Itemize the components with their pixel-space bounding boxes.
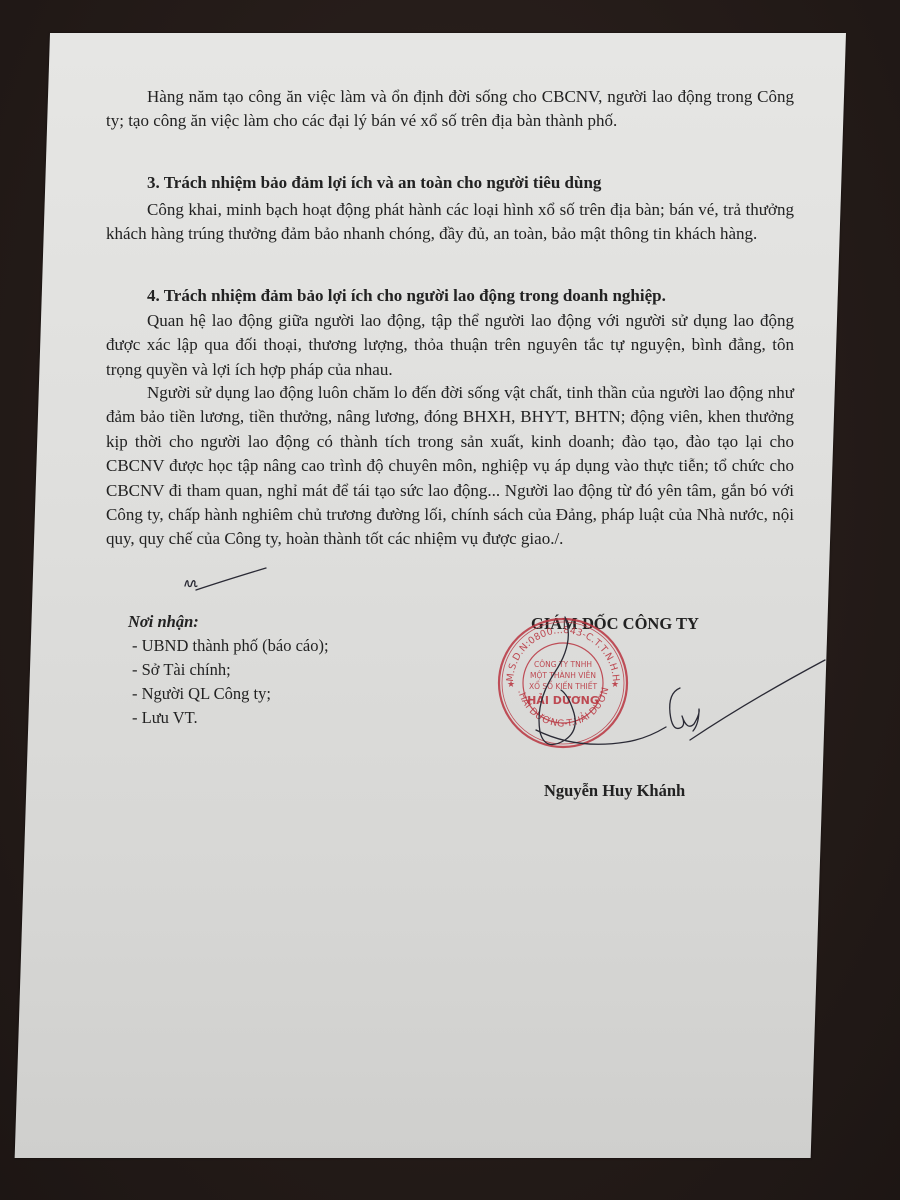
- svg-text:XỔ SỐ KIẾN THIẾT: XỔ SỐ KIẾN THIẾT: [529, 681, 598, 691]
- recipients-list: Nơi nhận: - UBND thành phố (báo cáo); - …: [128, 610, 329, 730]
- section-3-heading-block: 3. Trách nhiệm bảo đảm lợi ích và an toà…: [106, 171, 794, 195]
- recipient-item: - Người QL Công ty;: [128, 682, 329, 706]
- svg-text:CÔNG TY TNHH: CÔNG TY TNHH: [534, 660, 592, 669]
- recipient-item: - UBND thành phố (báo cáo);: [128, 634, 329, 658]
- intro-paragraph: Hàng năm tạo công ăn việc làm và ổn định…: [106, 85, 794, 134]
- section-3-heading: 3. Trách nhiệm bảo đảm lợi ích và an toà…: [106, 171, 794, 195]
- section-4-paragraph-1: Quan hệ lao động giữa người lao động, tậ…: [106, 309, 794, 382]
- recipients-title: Nơi nhận:: [128, 610, 329, 634]
- section-4-paragraph-2: Người sử dụng lao động luôn chăm lo đến …: [106, 381, 794, 552]
- section-3-paragraph: Công khai, minh bạch hoạt động phát hành…: [106, 198, 794, 247]
- recipient-item: - Sở Tài chính;: [128, 658, 329, 682]
- seal-icon: M.S.D.N:0800...843-C.T.T.N.H.H TP.HẢI DƯ…: [496, 616, 630, 750]
- recipient-item: - Lưu VT.: [128, 706, 329, 730]
- svg-text:★: ★: [507, 680, 515, 690]
- section-4-body-1-block: Quan hệ lao động giữa người lao động, tậ…: [106, 309, 794, 382]
- section-4-body-2-block: Người sử dụng lao động luôn chăm lo đến …: [106, 381, 794, 552]
- section-4-heading: 4. Trách nhiệm đảm bảo lợi ích cho người…: [106, 284, 794, 308]
- document-body: Hàng năm tạo công ăn việc làm và ổn định…: [0, 0, 900, 1200]
- svg-text:MỘT THÀNH VIÊN: MỘT THÀNH VIÊN: [530, 671, 596, 680]
- intro-paragraph-block: Hàng năm tạo công ăn việc làm và ổn định…: [106, 85, 794, 134]
- svg-text:HẢI DƯƠNG: HẢI DƯƠNG: [527, 693, 599, 707]
- company-seal-stamp: M.S.D.N:0800...843-C.T.T.N.H.H TP.HẢI DƯ…: [496, 616, 630, 750]
- section-3-body-block: Công khai, minh bạch hoạt động phát hành…: [106, 198, 794, 247]
- svg-text:★: ★: [611, 680, 619, 690]
- section-4-heading-block: 4. Trách nhiệm đảm bảo lợi ích cho người…: [106, 284, 794, 308]
- signer-name: Nguyễn Huy Khánh: [544, 779, 685, 803]
